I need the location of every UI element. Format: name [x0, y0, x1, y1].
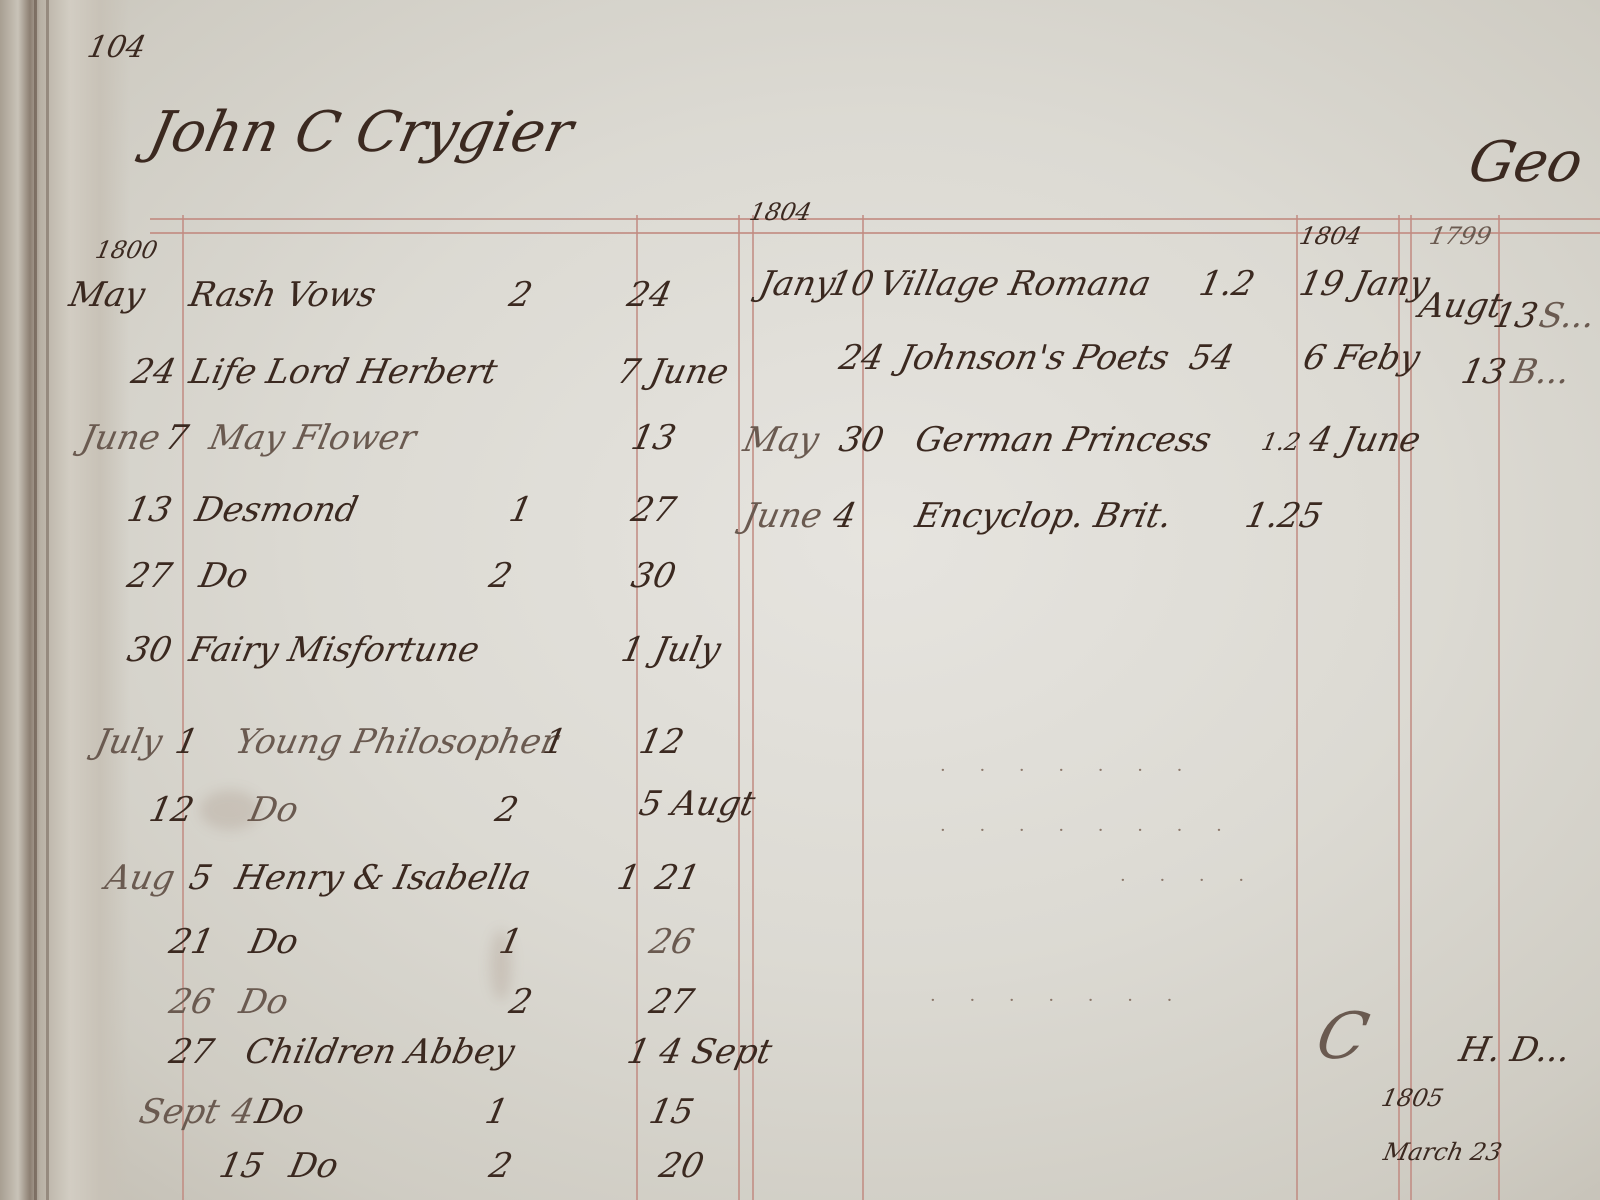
entry-volume: 2: [506, 982, 536, 1022]
entry-day: 7: [162, 418, 192, 458]
binding-edge: [46, 0, 49, 1200]
year-right: 1799: [1427, 222, 1494, 250]
entry-volume: 2: [486, 1146, 516, 1186]
entry-title: Village Romana: [876, 264, 1155, 304]
entry-month: July: [92, 722, 166, 762]
entry-title: Children Abbey: [242, 1032, 518, 1072]
entry-volume: 1.2: [1196, 264, 1259, 304]
entry-returned: 6 Feby: [1300, 338, 1424, 378]
book-binding: [0, 0, 130, 1200]
entry-day: 13: [1458, 352, 1510, 392]
entry-title: Do: [286, 1146, 342, 1186]
entry-day: 10: [826, 264, 878, 304]
entry-returned: 27: [646, 982, 698, 1022]
ledger-page: 104 John C Crygier Geo 1800 1804 1804 17…: [0, 0, 1600, 1200]
entry-title: Do: [252, 1092, 308, 1132]
entry-volume: 1: [506, 490, 536, 530]
entry-returned: 20: [656, 1146, 708, 1186]
entry-title: Encyclop. Brit.: [912, 496, 1176, 536]
entry-day: 27: [166, 1032, 218, 1072]
entry-month: June: [740, 496, 826, 536]
entry-returned: 27: [628, 490, 680, 530]
entry-returned: 7 June: [614, 352, 733, 392]
account-name-partial: H. D...: [1456, 1030, 1574, 1070]
entry-title: German Princess: [912, 420, 1215, 460]
entry-title: Desmond: [192, 490, 362, 530]
entry-title: Life Lord Herbert: [186, 352, 501, 392]
flourish-initial: C: [1310, 1000, 1375, 1074]
entry-day: 13: [1490, 296, 1542, 336]
binding-edge: [34, 0, 37, 1200]
year-middle: 1804: [747, 198, 814, 226]
entry-volume: 1.25: [1242, 496, 1326, 536]
entry-returned: 24: [624, 275, 676, 315]
year-bottom-right: 1805: [1379, 1084, 1446, 1112]
entry-volume: 2: [506, 275, 536, 315]
entry-day: 4: [830, 496, 860, 536]
entry-volume: 1: [482, 1092, 512, 1132]
entry-title: Fairy Misfortune: [186, 630, 483, 670]
header-rule: [150, 232, 1600, 234]
entry-returned: 19 Jany: [1296, 264, 1434, 304]
entry-day: 15: [216, 1146, 268, 1186]
entry-day: 30: [836, 420, 888, 460]
entry-title: Rash Vows: [186, 275, 380, 315]
year-middle-return: 1804: [1297, 222, 1364, 250]
foxing-specks: · · · · · · ·: [930, 990, 1186, 1011]
foxing-specks: · · · · · · ·: [940, 760, 1196, 781]
entry-title: S...: [1536, 296, 1599, 336]
entry-returned: 30: [628, 556, 680, 596]
entry-day: 30: [124, 630, 176, 670]
entry-partial: March 23: [1381, 1138, 1504, 1166]
entry-title: Johnson's Poets: [896, 338, 1173, 378]
entry-returned: 12: [636, 722, 688, 762]
entry-returned: 5 Augt: [636, 784, 759, 824]
entry-day: 12: [146, 790, 198, 830]
foxing-specks: · · · · · · · ·: [940, 820, 1236, 841]
entry-title: Young Philosopher: [232, 722, 562, 762]
entry-returned: 21: [652, 858, 704, 898]
entry-day: 21: [166, 922, 218, 962]
entry-title: May Flower: [206, 418, 420, 458]
entry-month: Sept: [136, 1092, 223, 1132]
account-name: John C Crygier: [143, 100, 578, 165]
entry-month: May: [66, 275, 149, 315]
entry-day: 24: [128, 352, 180, 392]
entry-day: 26: [166, 982, 218, 1022]
entry-volume: 1: [624, 1032, 654, 1072]
entry-day: 13: [124, 490, 176, 530]
entry-returned: 4 Sept: [656, 1032, 776, 1072]
water-stain: [200, 790, 260, 830]
page-number: 104: [84, 30, 149, 65]
column-rule: [1296, 215, 1298, 1200]
right-account-name: Geo: [1463, 130, 1588, 195]
entry-returned: 15: [646, 1092, 698, 1132]
entry-day: 24: [836, 338, 888, 378]
entry-volume: 1: [614, 858, 644, 898]
entry-month: May: [740, 420, 823, 460]
ink-stain: [490, 930, 512, 1000]
entry-volume: 54: [1186, 338, 1238, 378]
entry-day: 1: [172, 722, 202, 762]
entry-title: Do: [236, 982, 292, 1022]
entry-returned: 1 July: [618, 630, 725, 670]
entry-month: June: [78, 418, 164, 458]
entry-title: B...: [1508, 352, 1574, 392]
entry-volume: 1.2: [1259, 428, 1303, 456]
entry-title: Do: [196, 556, 252, 596]
entry-volume: 2: [492, 790, 522, 830]
entry-returned: 26: [646, 922, 698, 962]
entry-month: Aug: [102, 858, 179, 898]
entry-day: 27: [124, 556, 176, 596]
entry-returned: 13: [628, 418, 680, 458]
entry-title: Do: [246, 922, 302, 962]
entry-day: 5: [186, 858, 216, 898]
entry-title: Henry & Isabella: [232, 858, 535, 898]
foxing-specks: · · · ·: [1120, 870, 1258, 891]
year-left: 1800: [93, 236, 160, 264]
entry-returned: 4 June: [1306, 420, 1425, 460]
entry-volume: 2: [486, 556, 516, 596]
header-rule: [150, 218, 1600, 220]
